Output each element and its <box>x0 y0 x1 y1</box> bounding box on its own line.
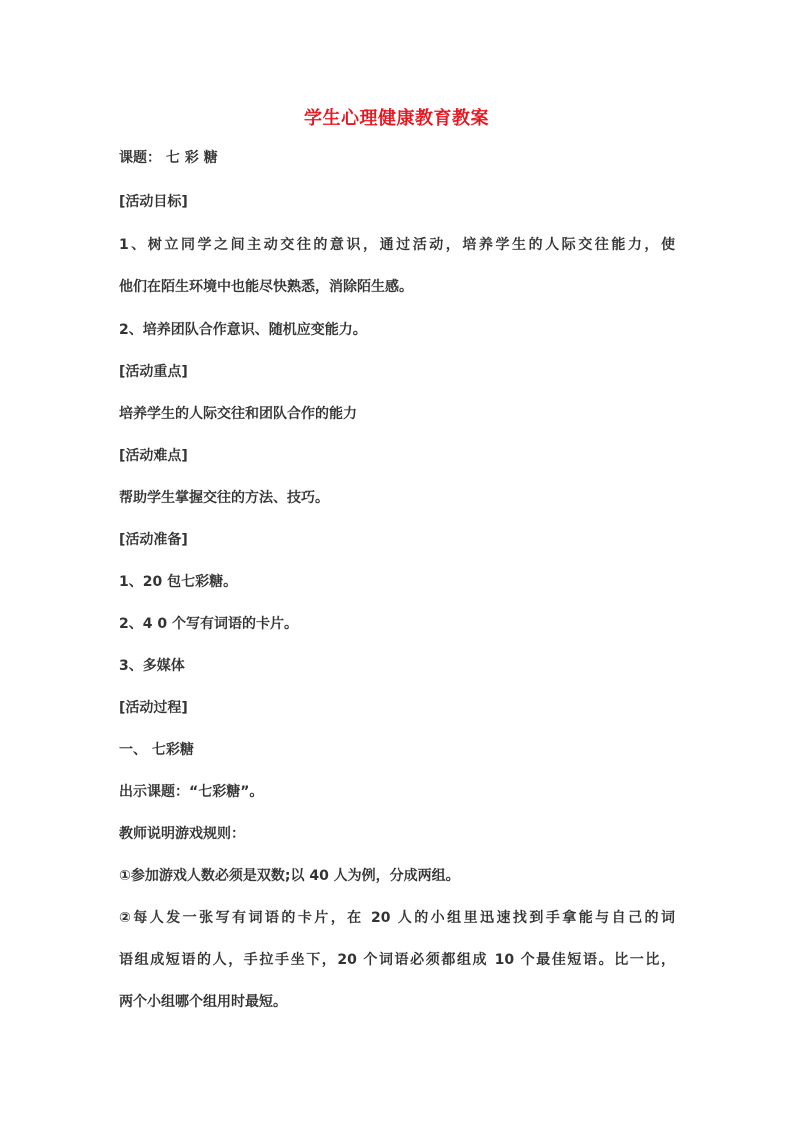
preparation-item-1: 1、20 包七彩糖。 <box>119 572 237 592</box>
preparation-item-2: 2、4 0 个写有词语的卡片。 <box>119 614 298 634</box>
document-title: 学生心理健康教育教案 <box>0 106 793 132</box>
goal-1-line-2: 他们在陌生环境中也能尽快熟悉，消除陌生感。 <box>119 277 413 297</box>
process-rules-intro: 教师说明游戏规则： <box>119 824 245 844</box>
goal-1-line-1: 1、树立同学之间主动交往的意识，通过活动，培养学生的人际交往能力，使 <box>119 235 675 255</box>
rule-1: ①参加游戏人数必须是双数;以 40 人为例，分成两组。 <box>119 866 460 886</box>
section-heading-process: [活动过程] <box>119 698 188 718</box>
preparation-item-3: 3、多媒体 <box>119 656 185 676</box>
section-heading-focus: [活动重点] <box>119 362 188 382</box>
section-heading-preparation: [活动准备] <box>119 530 188 550</box>
rule-2-line-3: 两个小组哪个组用时最短。 <box>119 992 287 1012</box>
goal-2: 2、培养团队合作意识、随机应变能力。 <box>119 320 367 340</box>
rule-2-line-1: ②每人发一张写有词语的卡片，在 20 人的小组里迅速找到手拿能与自己的词 <box>119 908 675 928</box>
lesson-topic: 课题： 七 彩 糖 <box>119 148 218 168</box>
section-heading-goals: [活动目标] <box>119 192 188 212</box>
focus-text: 培养学生的人际交往和团队合作的能力 <box>119 404 357 424</box>
process-show-topic: 出示课题：“七彩糖”。 <box>119 782 263 802</box>
process-step-1-heading: 一、 七彩糖 <box>119 740 194 760</box>
document-page: 学生心理健康教育教案 课题： 七 彩 糖 [活动目标] 1、树立同学之间主动交往… <box>0 0 793 1122</box>
rule-2-line-2: 语组成短语的人，手拉手坐下，20 个词语必须都组成 10 个最佳短语。比一比， <box>119 950 675 970</box>
section-heading-difficulty: [活动难点] <box>119 446 188 466</box>
difficulty-text: 帮助学生掌握交往的方法、技巧。 <box>119 488 329 508</box>
